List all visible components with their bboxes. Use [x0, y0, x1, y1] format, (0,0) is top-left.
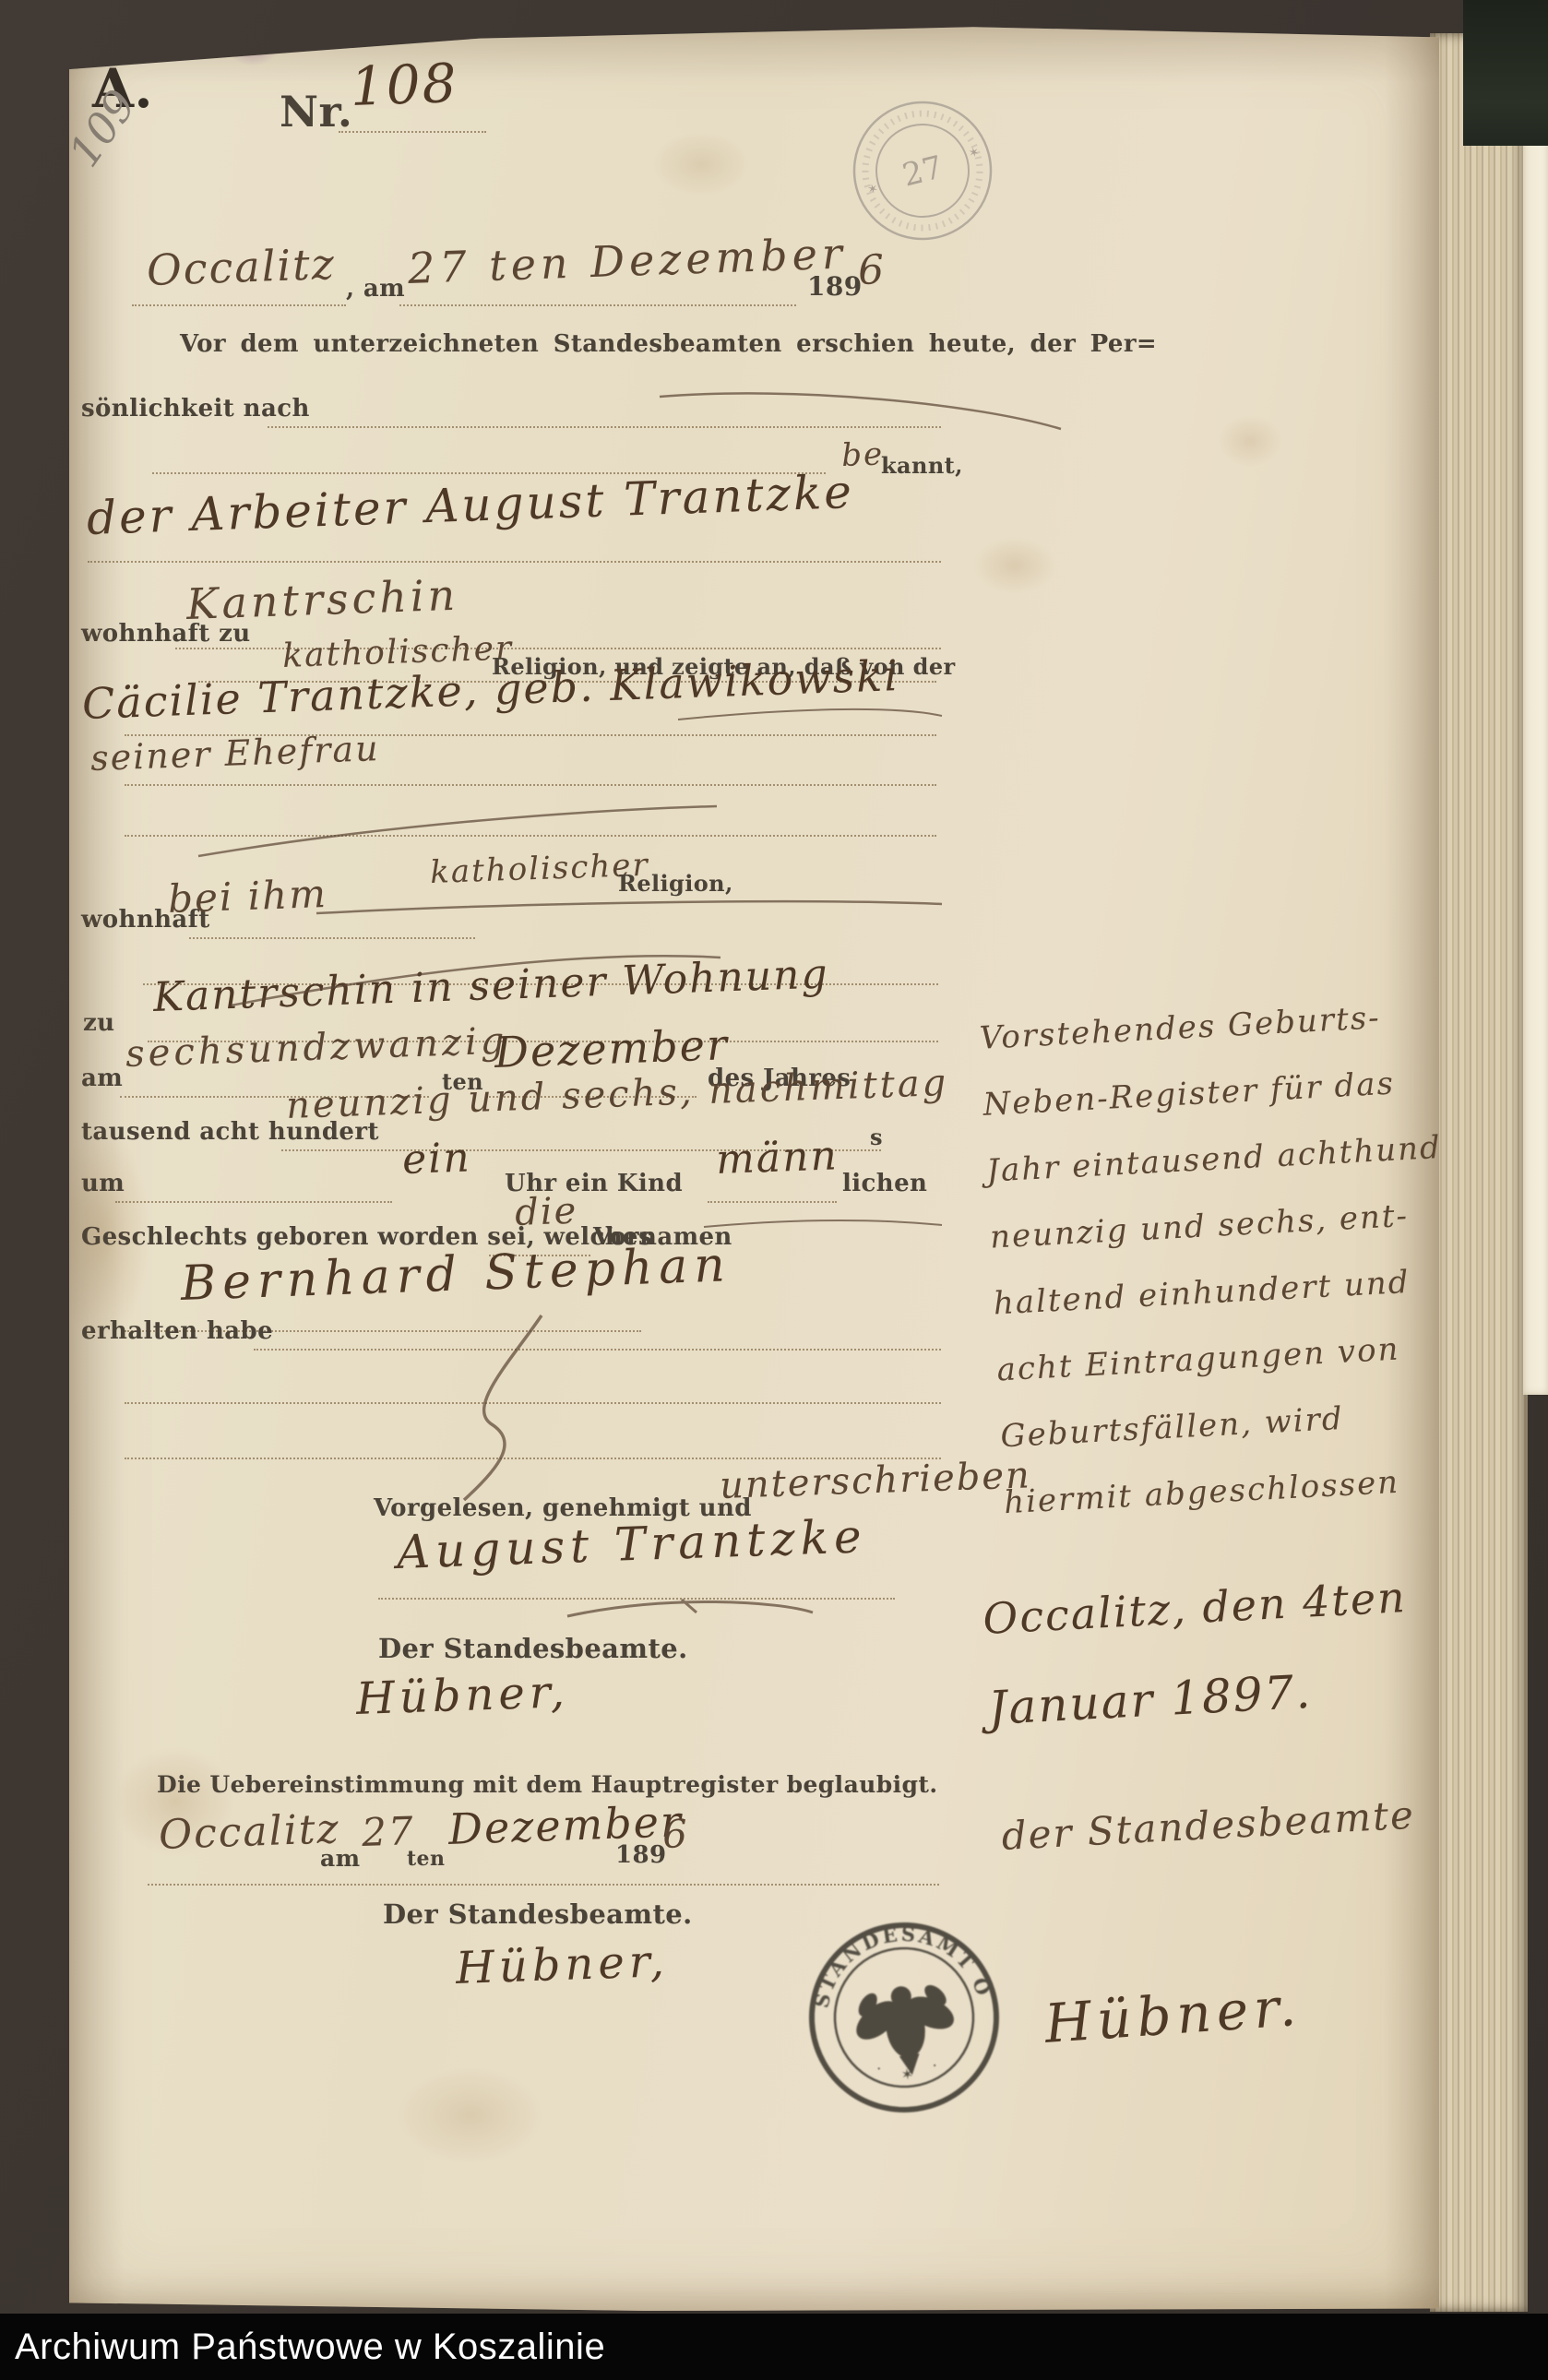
archive-caption: Archiwum Państwowe w Koszalinie [15, 2326, 605, 2368]
archive-stamp-number: 27 [899, 149, 947, 194]
dotted-rule [339, 131, 486, 133]
office-seal-stamp: STANDESAMT OCCALITZ · ✶ · [805, 1919, 1003, 2116]
cert-place: Occalitz [158, 1805, 340, 1859]
residence2-value: bei ihm [167, 871, 327, 922]
hour-value: ein [401, 1134, 471, 1184]
dotted-rule [268, 426, 941, 428]
dotted-rule [125, 784, 936, 786]
erhalten-label: erhalten habe [81, 1317, 273, 1345]
dateline-year-written: 6 [857, 246, 887, 294]
intro-line-1: Vor dem unterzeichneten Standesbeamten e… [180, 330, 1157, 358]
archive-caption-bar: Archiwum Państwowe w Koszalinie [0, 2314, 1548, 2380]
sex-printed: lichen [842, 1170, 927, 1197]
marginal-date-year: Januar 1897. [987, 1665, 1314, 1735]
dateline-am-label: , am [346, 275, 405, 303]
dateline-place: Occalitz [146, 239, 337, 295]
next-page-edge [1523, 61, 1548, 1395]
dotted-rule [125, 1402, 941, 1404]
dotted-rule [132, 304, 346, 306]
unterschrieben-handwritten: unterschrieben [719, 1454, 1031, 1507]
paper-stain [1204, 404, 1296, 478]
declarant-name: der Arbeiter August Trantzke [86, 465, 855, 545]
intro-line-2: sönlichkeit nach [81, 395, 310, 422]
birthdate-month: Dezember [494, 1019, 730, 1077]
archive-round-stamp: 27 ✶ ✶ [844, 92, 1001, 249]
dotted-rule [708, 1201, 837, 1203]
birthyear-s-label: s [870, 1124, 883, 1150]
dotted-rule [125, 1458, 941, 1459]
paper-stain [955, 524, 1075, 607]
dotted-rule [88, 561, 941, 563]
dateline-year-printed: 189 [807, 271, 863, 302]
registrar-label-2: Der Standesbeamte. [383, 1898, 693, 1930]
registrar-signature-2: Hübner, [455, 1935, 670, 1994]
paper-stain [217, 22, 289, 74]
nr-value: 108 [350, 52, 459, 118]
birthdate-am-label: am [81, 1065, 123, 1092]
birthdate-day: sechsundzwanzig [125, 1020, 508, 1076]
nr-label: Nr. [280, 87, 352, 137]
sex-handwritten: männ [715, 1132, 839, 1184]
registrar-label-1: Der Standesbeamte. [378, 1633, 688, 1664]
dotted-rule [189, 937, 475, 939]
paper-stain [632, 118, 770, 210]
cert-year-printed: 189 [615, 1841, 666, 1869]
paper-stain [364, 2046, 577, 2184]
marginal-registrar: der Standesbeamte [1000, 1792, 1415, 1859]
scanned-register-page: A. 109 Nr. 108 27 ✶ ✶ Occalitz , am 27 t… [0, 0, 1548, 2380]
residence-value: Kantrschin [185, 570, 459, 629]
hour-um-label: um [81, 1170, 125, 1197]
dotted-rule [115, 1201, 392, 1203]
known-printed: kannt, [881, 452, 963, 479]
cert-am-label: am [320, 1845, 360, 1872]
book-cover-corner [1463, 0, 1548, 146]
certification-sentence: Die Uebereinstimmung mit dem Hauptregist… [157, 1771, 937, 1798]
dotted-rule [148, 1884, 939, 1886]
registrar-signature-1: Hübner, [355, 1666, 570, 1725]
dotted-rule [125, 835, 936, 837]
birthplace-value: Kantrschin in seiner Wohnung [152, 950, 829, 1021]
religion2-printed: Religion, [618, 870, 733, 897]
svg-text:✶: ✶ [967, 145, 981, 161]
marginal-signature: Hübner. [1042, 1975, 1304, 2055]
dateline-day-month: 27 ten Dezember [407, 228, 848, 293]
certificate-sheet: A. 109 Nr. 108 27 ✶ ✶ Occalitz , am 27 t… [69, 26, 1439, 2311]
dotted-rule [378, 1598, 895, 1600]
birthplace-zu-label: zu [83, 1009, 114, 1037]
religion2-handwritten: katholischer [430, 847, 650, 891]
cert-year-written: 6 [661, 1811, 689, 1857]
marginal-closing-note: Vorstehendes Geburts- Neben-Register für… [978, 983, 1430, 1536]
cert-ten-label: ten [407, 1847, 445, 1871]
book-page-edges [1430, 33, 1528, 2312]
dotted-rule [254, 1349, 941, 1351]
marginal-date-place: Occalitz, den 4ten [982, 1572, 1408, 1644]
vornamen-die: die [514, 1190, 578, 1234]
dotted-rule [399, 304, 796, 306]
